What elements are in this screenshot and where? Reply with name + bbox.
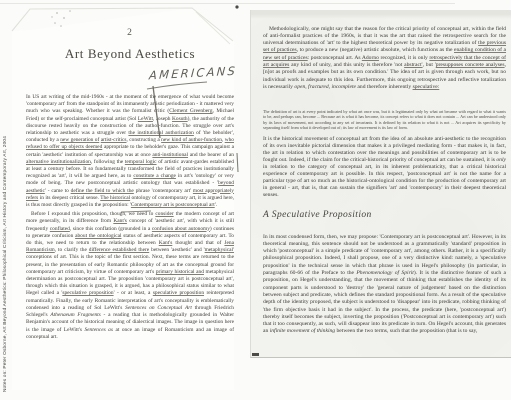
scan-artifact-line <box>0 3 455 4</box>
paragraph: It is the historical movement of concept… <box>263 136 506 200</box>
scan-corner-mark <box>252 353 259 356</box>
chapter-number: 2 <box>26 22 234 40</box>
pen-margin-tick <box>237 153 238 172</box>
left-page-body: In US art writing of the mid-1960s - at … <box>26 94 234 341</box>
chapter-title: Art Beyond Aesthetics <box>26 46 234 62</box>
scanned-book-spread: 2 Art Beyond Aesthetics In US art writin… <box>0 0 511 400</box>
block-quote: The definition of art is at every point … <box>263 109 506 130</box>
paragraph: Methodologically, one might say that the… <box>263 26 506 92</box>
margin-side-note: Notes on: Peter Osborne, Art Beyond Aest… <box>3 136 8 392</box>
paragraph: In its most condensed form, then, we may… <box>263 234 506 336</box>
ink-dot <box>235 5 238 8</box>
paragraph: Before I expound this proposition, thoug… <box>26 211 234 341</box>
section-heading: A Speculative Proposition <box>263 210 506 220</box>
paragraph: In US art writing of the mid-1960s - at … <box>26 94 234 209</box>
right-page: Methodologically, one might say that the… <box>250 10 511 358</box>
